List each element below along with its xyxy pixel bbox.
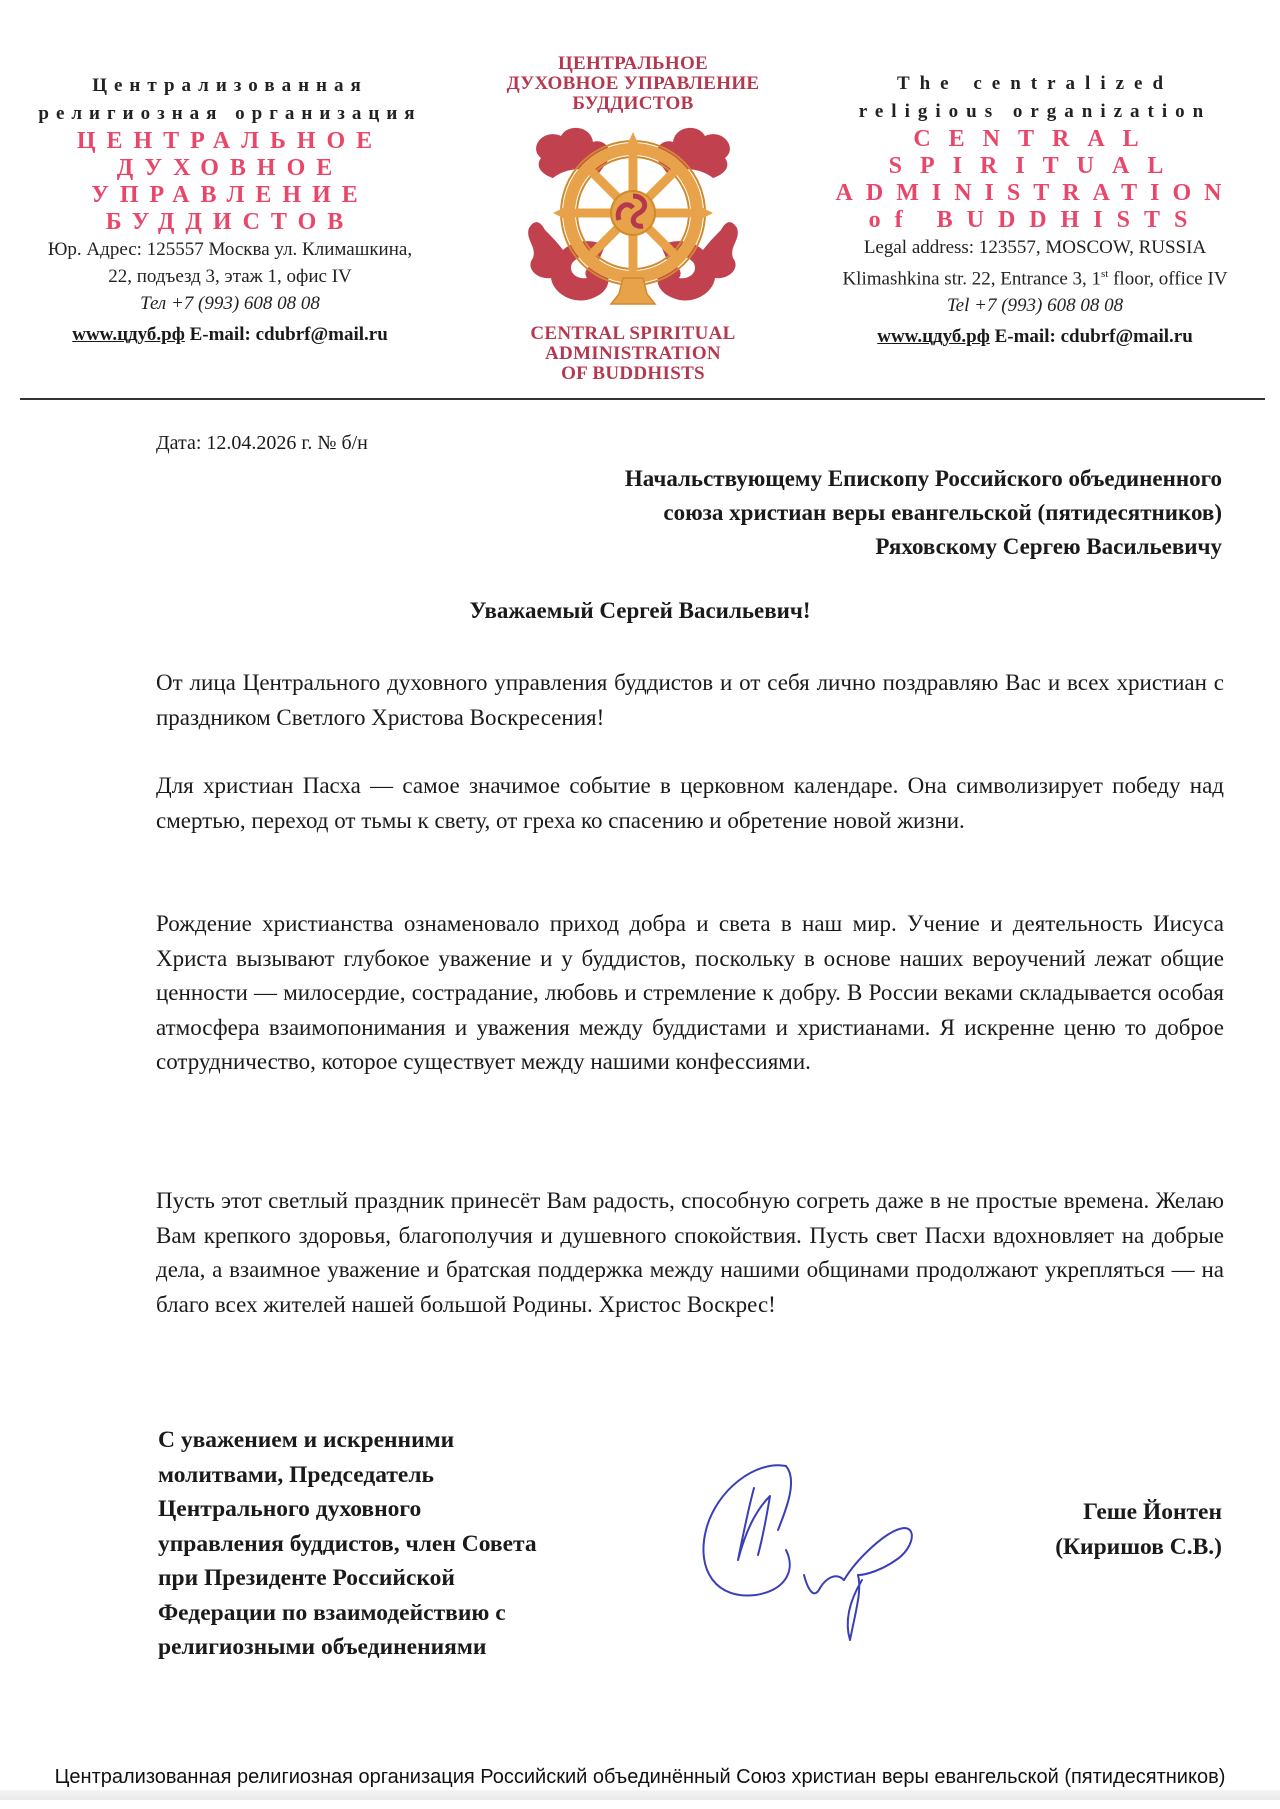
signer-secular-name: (Киришов С.В.) <box>1055 1530 1222 1565</box>
website-link[interactable]: www.цдуб.рф <box>72 324 185 345</box>
logo-title-en-line: CENTRAL SPIRITUAL <box>488 324 778 344</box>
logo-title-line: ДУХОВНОЕ УПРАВЛЕНИЕ <box>488 74 778 94</box>
org-type-line1: The centralized <box>800 70 1270 98</box>
signer-block: Геше Йонтен (Киришов С.В.) <box>1055 1495 1222 1564</box>
contact-line: www.цдуб.рф E-mail: cdubrf@mail.ru <box>10 320 450 350</box>
org-type-line2: religious organization <box>800 98 1270 126</box>
closing-line: С уважением и искренними <box>158 1423 678 1458</box>
letter-paragraph: Рождение христианства ознаменовало прихо… <box>156 907 1224 1080</box>
contact-line: www.цдуб.рф E-mail: cdubrf@mail.ru <box>800 322 1270 352</box>
email-address[interactable]: cdubrf@mail.ru <box>1061 326 1193 347</box>
letter-date: Дата: 12.04.2026 г. № б/н <box>156 432 368 455</box>
logo-title-line: БУДДИСТОВ <box>488 94 778 114</box>
org-name-line: ДУХОВНОЕ <box>10 155 450 182</box>
closing-block: С уважением и искренними молитвами, Пред… <box>158 1423 678 1665</box>
org-name-line: БУДДИСТОВ <box>10 209 450 236</box>
letter-paragraph: От лица Центрального духовного управлени… <box>156 666 1224 735</box>
letterhead-left-russian: Централизованная религиозная организация… <box>10 72 450 350</box>
address-text: floor, office IV <box>1108 268 1227 289</box>
email-address[interactable]: cdubrf@mail.ru <box>256 324 388 345</box>
legal-address-line1: Legal address: 123557, MOSCOW, RUSSIA <box>800 234 1270 261</box>
closing-line: религиозными объединениями <box>158 1630 678 1665</box>
organization-logo: ЦЕНТРАЛЬНОЕ ДУХОВНОЕ УПРАВЛЕНИЕ БУДДИСТО… <box>488 54 778 384</box>
logo-title-en-line: OF BUDDHISTS <box>488 364 778 384</box>
footer-bar <box>0 1790 1280 1800</box>
email-label: E-mail: <box>995 326 1056 347</box>
addressee-line: Начальствующему Епископу Российского объ… <box>625 462 1222 496</box>
logo-title-line: ЦЕНТРАЛЬНОЕ <box>488 54 778 74</box>
org-name-line: of BUDDHISTS <box>800 207 1270 234</box>
addressee-block: Начальствующему Епископу Российского объ… <box>625 462 1222 564</box>
closing-line: при Президенте Российской <box>158 1561 678 1596</box>
org-name-line: ADMINISTRATION <box>800 180 1270 207</box>
org-type-line2: религиозная организация <box>10 100 450 128</box>
org-name-line: CENTRAL <box>800 126 1270 153</box>
address-text: Klimashkina str. 22, Entrance 3, 1 <box>842 268 1101 289</box>
org-name-line: УПРАВЛЕНИЕ <box>10 182 450 209</box>
addressee-line: Ряховскому Сергею Васильевичу <box>625 530 1222 564</box>
addressee-line: союза христиан веры евангельской (пятиде… <box>625 496 1222 530</box>
closing-line: Центрального духовного <box>158 1492 678 1527</box>
legal-address-line2: 22, подъезд 3, этаж 1, офис IV <box>10 263 450 290</box>
salutation: Уважаемый Сергей Васильевич! <box>0 598 1280 624</box>
letterhead-right-english: The centralized religious organization C… <box>800 70 1270 352</box>
email-label: E-mail: <box>190 324 251 345</box>
org-name-line: ЦЕНТРАЛЬНОЕ <box>10 128 450 155</box>
legal-address-line2: Klimashkina str. 22, Entrance 3, 1st flo… <box>800 261 1270 292</box>
image-caption: Централизованная религиозная организация… <box>0 1766 1280 1789</box>
signature-icon <box>686 1450 946 1650</box>
phone-number: Тел +7 (993) 608 08 08 <box>10 290 450 317</box>
closing-line: управления буддистов, член Совета <box>158 1527 678 1562</box>
letter-paragraph: Пусть этот светлый праздник принесёт Вам… <box>156 1184 1224 1322</box>
logo-title-en-line: ADMINISTRATION <box>488 344 778 364</box>
phone-number: Tel +7 (993) 608 08 08 <box>800 292 1270 319</box>
letter-paragraph: Для христиан Пасха — самое значимое собы… <box>156 769 1224 838</box>
closing-line: Федерации по взаимодействию с <box>158 1596 678 1631</box>
website-link[interactable]: www.цдуб.рф <box>877 326 990 347</box>
dharma-wheel-icon <box>523 118 743 318</box>
org-name-line: SPIRITUAL <box>800 153 1270 180</box>
closing-line: молитвами, Председатель <box>158 1458 678 1493</box>
legal-address-line1: Юр. Адрес: 125557 Москва ул. Климашкина, <box>10 236 450 263</box>
org-type-line1: Централизованная <box>10 72 450 100</box>
header-divider <box>20 398 1265 400</box>
signer-name: Геше Йонтен <box>1055 1495 1222 1530</box>
